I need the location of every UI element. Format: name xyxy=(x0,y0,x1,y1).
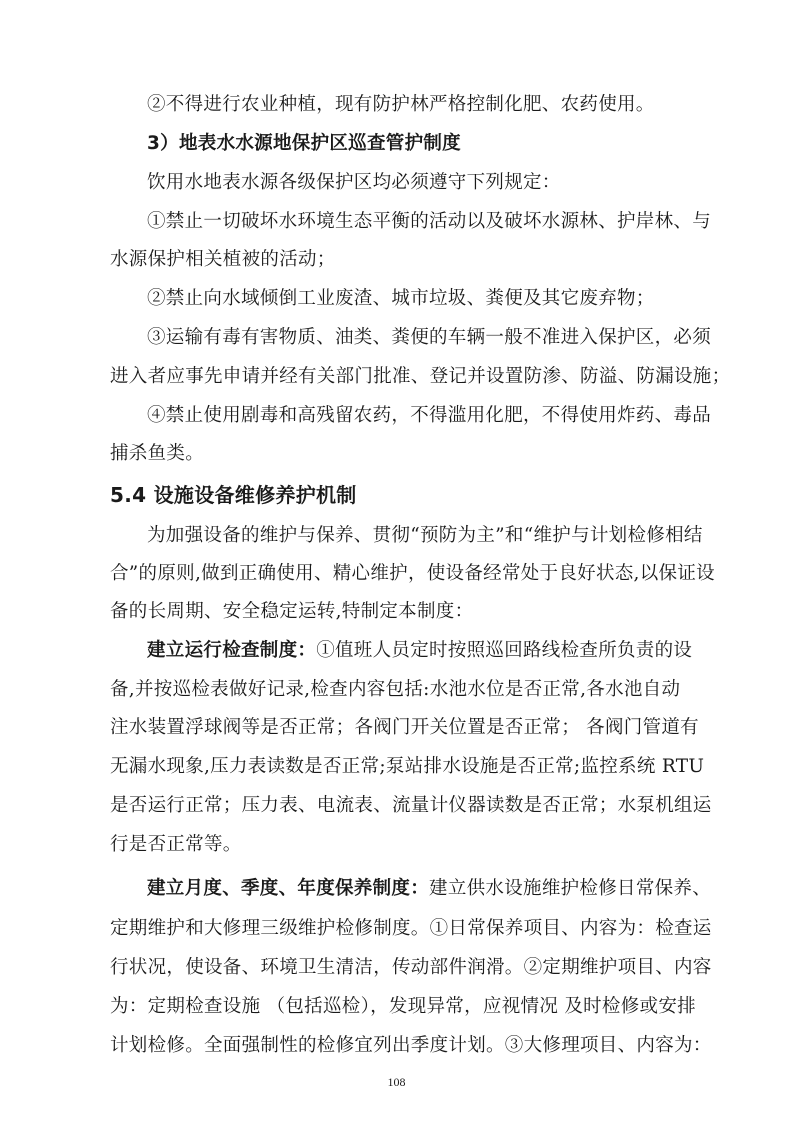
paragraph-line: ③运输有毒有害物质、油类、粪便的车辆一般不准进入保护区，必须 xyxy=(147,325,722,351)
paragraph-line: 注水装置浮球阀等是否正常；各阀门开关位置是否正常； 各阀门管道有 xyxy=(110,715,685,741)
paragraph-line: 捕杀鱼类。 xyxy=(110,441,685,467)
subsection-heading: 3）地表水水源地保护区巡查管护制度 xyxy=(147,131,722,157)
paragraph-line: 为：定期检查设施 （包括巡检），发现异常，应视情况 及时检修或安排 xyxy=(110,994,685,1020)
inline-heading: 建立运行检查制度： xyxy=(147,640,316,661)
paragraph-line: ②禁止向水域倾倒工业废渣、城市垃圾、粪便及其它废弃物； xyxy=(147,286,722,312)
paragraph-line: ②不得进行农业种植，现有防护林严格控制化肥、农药使用。 xyxy=(147,92,722,118)
paragraph-line: 合”的原则,做到正确使用、精心维护，使设备经常处于良好状态,以保证设 xyxy=(110,561,685,587)
paragraph-line: 是否运行正常；压力表、电流表、流量计仪器读数是否正常；水泵机组运 xyxy=(110,793,685,819)
paragraph-line: 水源保护相关植被的活动； xyxy=(110,247,685,273)
paragraph-line: 备的长周期、安全稳定运转,特制定本制度： xyxy=(110,599,685,625)
paragraph-line: 备,并按巡检表做好记录,检查内容包括:水池水位是否正常,各水池自动 xyxy=(110,677,685,703)
paragraph-line: ①禁止一切破坏水环境生态平衡的活动以及破坏水源林、护岸林、与 xyxy=(147,209,722,235)
paragraph-line: 计划检修。全面强制性的检修宜列出季度计划。③大修理项目、内容为： xyxy=(110,1033,685,1059)
paragraph-line: 定期维护和大修理三级维护检修制度。①日常保养项目、内容为：检查运 xyxy=(110,916,685,942)
section-heading: 5.4 设施设备维修养护机制 xyxy=(110,482,685,508)
paragraph-line: 行是否正常等。 xyxy=(110,832,685,858)
paragraph-line: 饮用水地表水源各级保护区均必须遵守下列规定： xyxy=(147,170,722,196)
paragraph-line: 行状况，使设备、环境卫生清洁，传动部件润滑。②定期维护项目、内容 xyxy=(110,955,685,981)
paragraph-line: 建立月度、季度、年度保养制度：建立供水设施维护检修日常保养、 xyxy=(147,876,722,902)
paragraph-line: 建立运行检查制度：①值班人员定时按照巡回路线检查所负责的设 xyxy=(147,638,722,664)
paragraph-line: 无漏水现象,压力表读数是否正常;泵站排水设施是否正常;监控系统 RTU xyxy=(110,754,685,780)
paragraph-line: 进入者应事先申请并经有关部门批准、登记并设置防渗、防溢、防漏设施； xyxy=(110,364,685,390)
paragraph-line: ④禁止使用剧毒和高残留农药，不得滥用化肥，不得使用炸药、毒品 xyxy=(147,403,722,429)
inline-text: ①值班人员定时按照巡回路线检查所负责的设 xyxy=(316,640,692,661)
page-number: 108 xyxy=(0,1075,793,1090)
inline-heading: 建立月度、季度、年度保养制度： xyxy=(147,878,429,899)
inline-text: 建立供水设施维护检修日常保养、 xyxy=(429,878,711,899)
paragraph-line: 为加强设备的维护与保养、贯彻“预防为主”和“维护与计划检修相结 xyxy=(147,523,722,549)
